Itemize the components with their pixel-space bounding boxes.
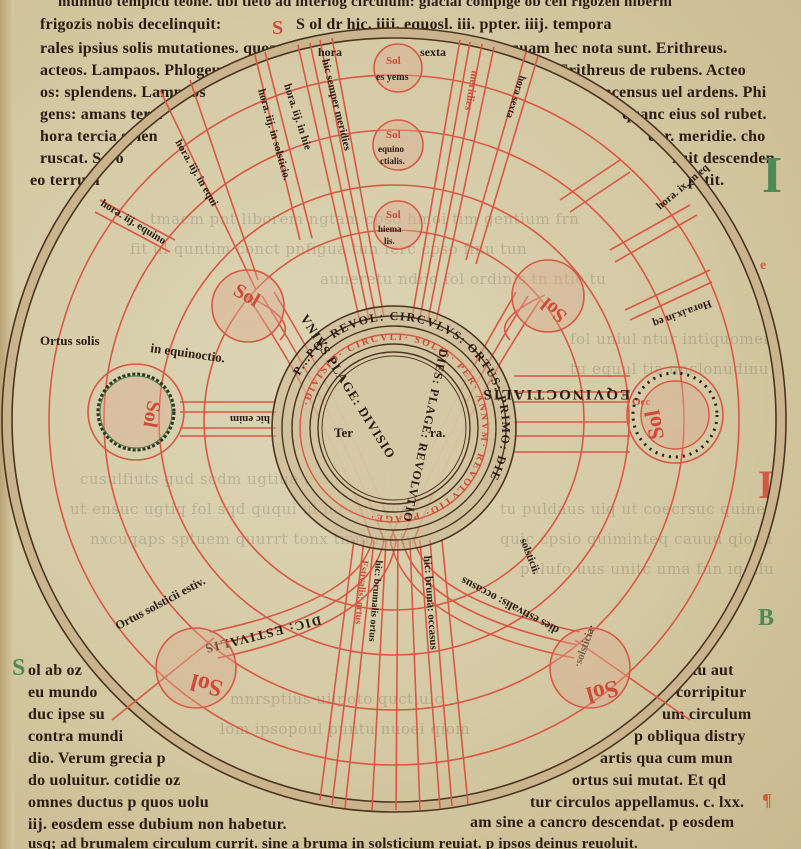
sun-top-2: Sol equino ctialis.	[373, 120, 423, 170]
center-label-ter: Ter	[334, 425, 353, 440]
sun-label: Sol	[639, 408, 669, 441]
sun-subtitle: hiema	[378, 224, 402, 234]
sun-left: Sol	[88, 364, 184, 460]
annotation-ortus-solis: Ortus solis	[40, 333, 100, 348]
radial-label: meridies	[462, 69, 481, 112]
annotation-hora-right: Hora.ix.in eq	[650, 297, 713, 330]
sun-upper-left: Sol	[212, 270, 284, 342]
annotation-radial-right: hora sexta	[503, 74, 527, 119]
annotation-ortus-solsticii: Ortus solsticii estiv.	[113, 573, 208, 632]
sun-subtitle: equino	[378, 144, 405, 154]
manuscript-page: tmacm pnt liborem ngtam cpso hmoi tim ge…	[0, 0, 801, 849]
annotation-in-equinoctio: in equinoctio.	[150, 340, 226, 365]
annotation-hora-top: hora	[318, 45, 342, 59]
solar-diagram: P...PO: REVOL: CIRCVLVS: ORTUS: PRIMO: D…	[0, 0, 801, 849]
sun-subtitle: lis.	[384, 236, 395, 246]
radial-label: hic: bruma: occasus	[421, 555, 440, 650]
sun-label: Sol	[386, 209, 401, 221]
equinoctial-band-label: EQVINOCTIALIS	[481, 386, 630, 402]
annotation-hora-iii-equino: hora. iij. equino	[98, 197, 168, 247]
red-initial-s: S	[272, 17, 283, 39]
sun-top-1: Sol es yems	[374, 44, 422, 92]
band-lower-right-label: dies estivalis: occasus	[458, 574, 561, 638]
radial-label: Estivalis: ortus	[352, 560, 370, 625]
annotation-sexta-top: sexta	[420, 45, 446, 59]
sun-label: Sol	[138, 399, 164, 430]
sun-lower-right: Sol	[550, 628, 630, 708]
sun-subtitle: es yems	[376, 72, 409, 83]
sun-top-3: Sol hiema lis.	[374, 201, 422, 249]
sun-right: Sol	[627, 367, 723, 463]
sun-label: Sol	[386, 55, 401, 67]
horizontal-band-left-label: hic enim	[230, 413, 270, 425]
sun-subtitle: ctialis.	[380, 156, 405, 166]
sun-upper-right: Sol	[512, 260, 584, 332]
sun-label: Sol	[386, 129, 401, 141]
sun-lower-left: Sol	[156, 628, 236, 708]
